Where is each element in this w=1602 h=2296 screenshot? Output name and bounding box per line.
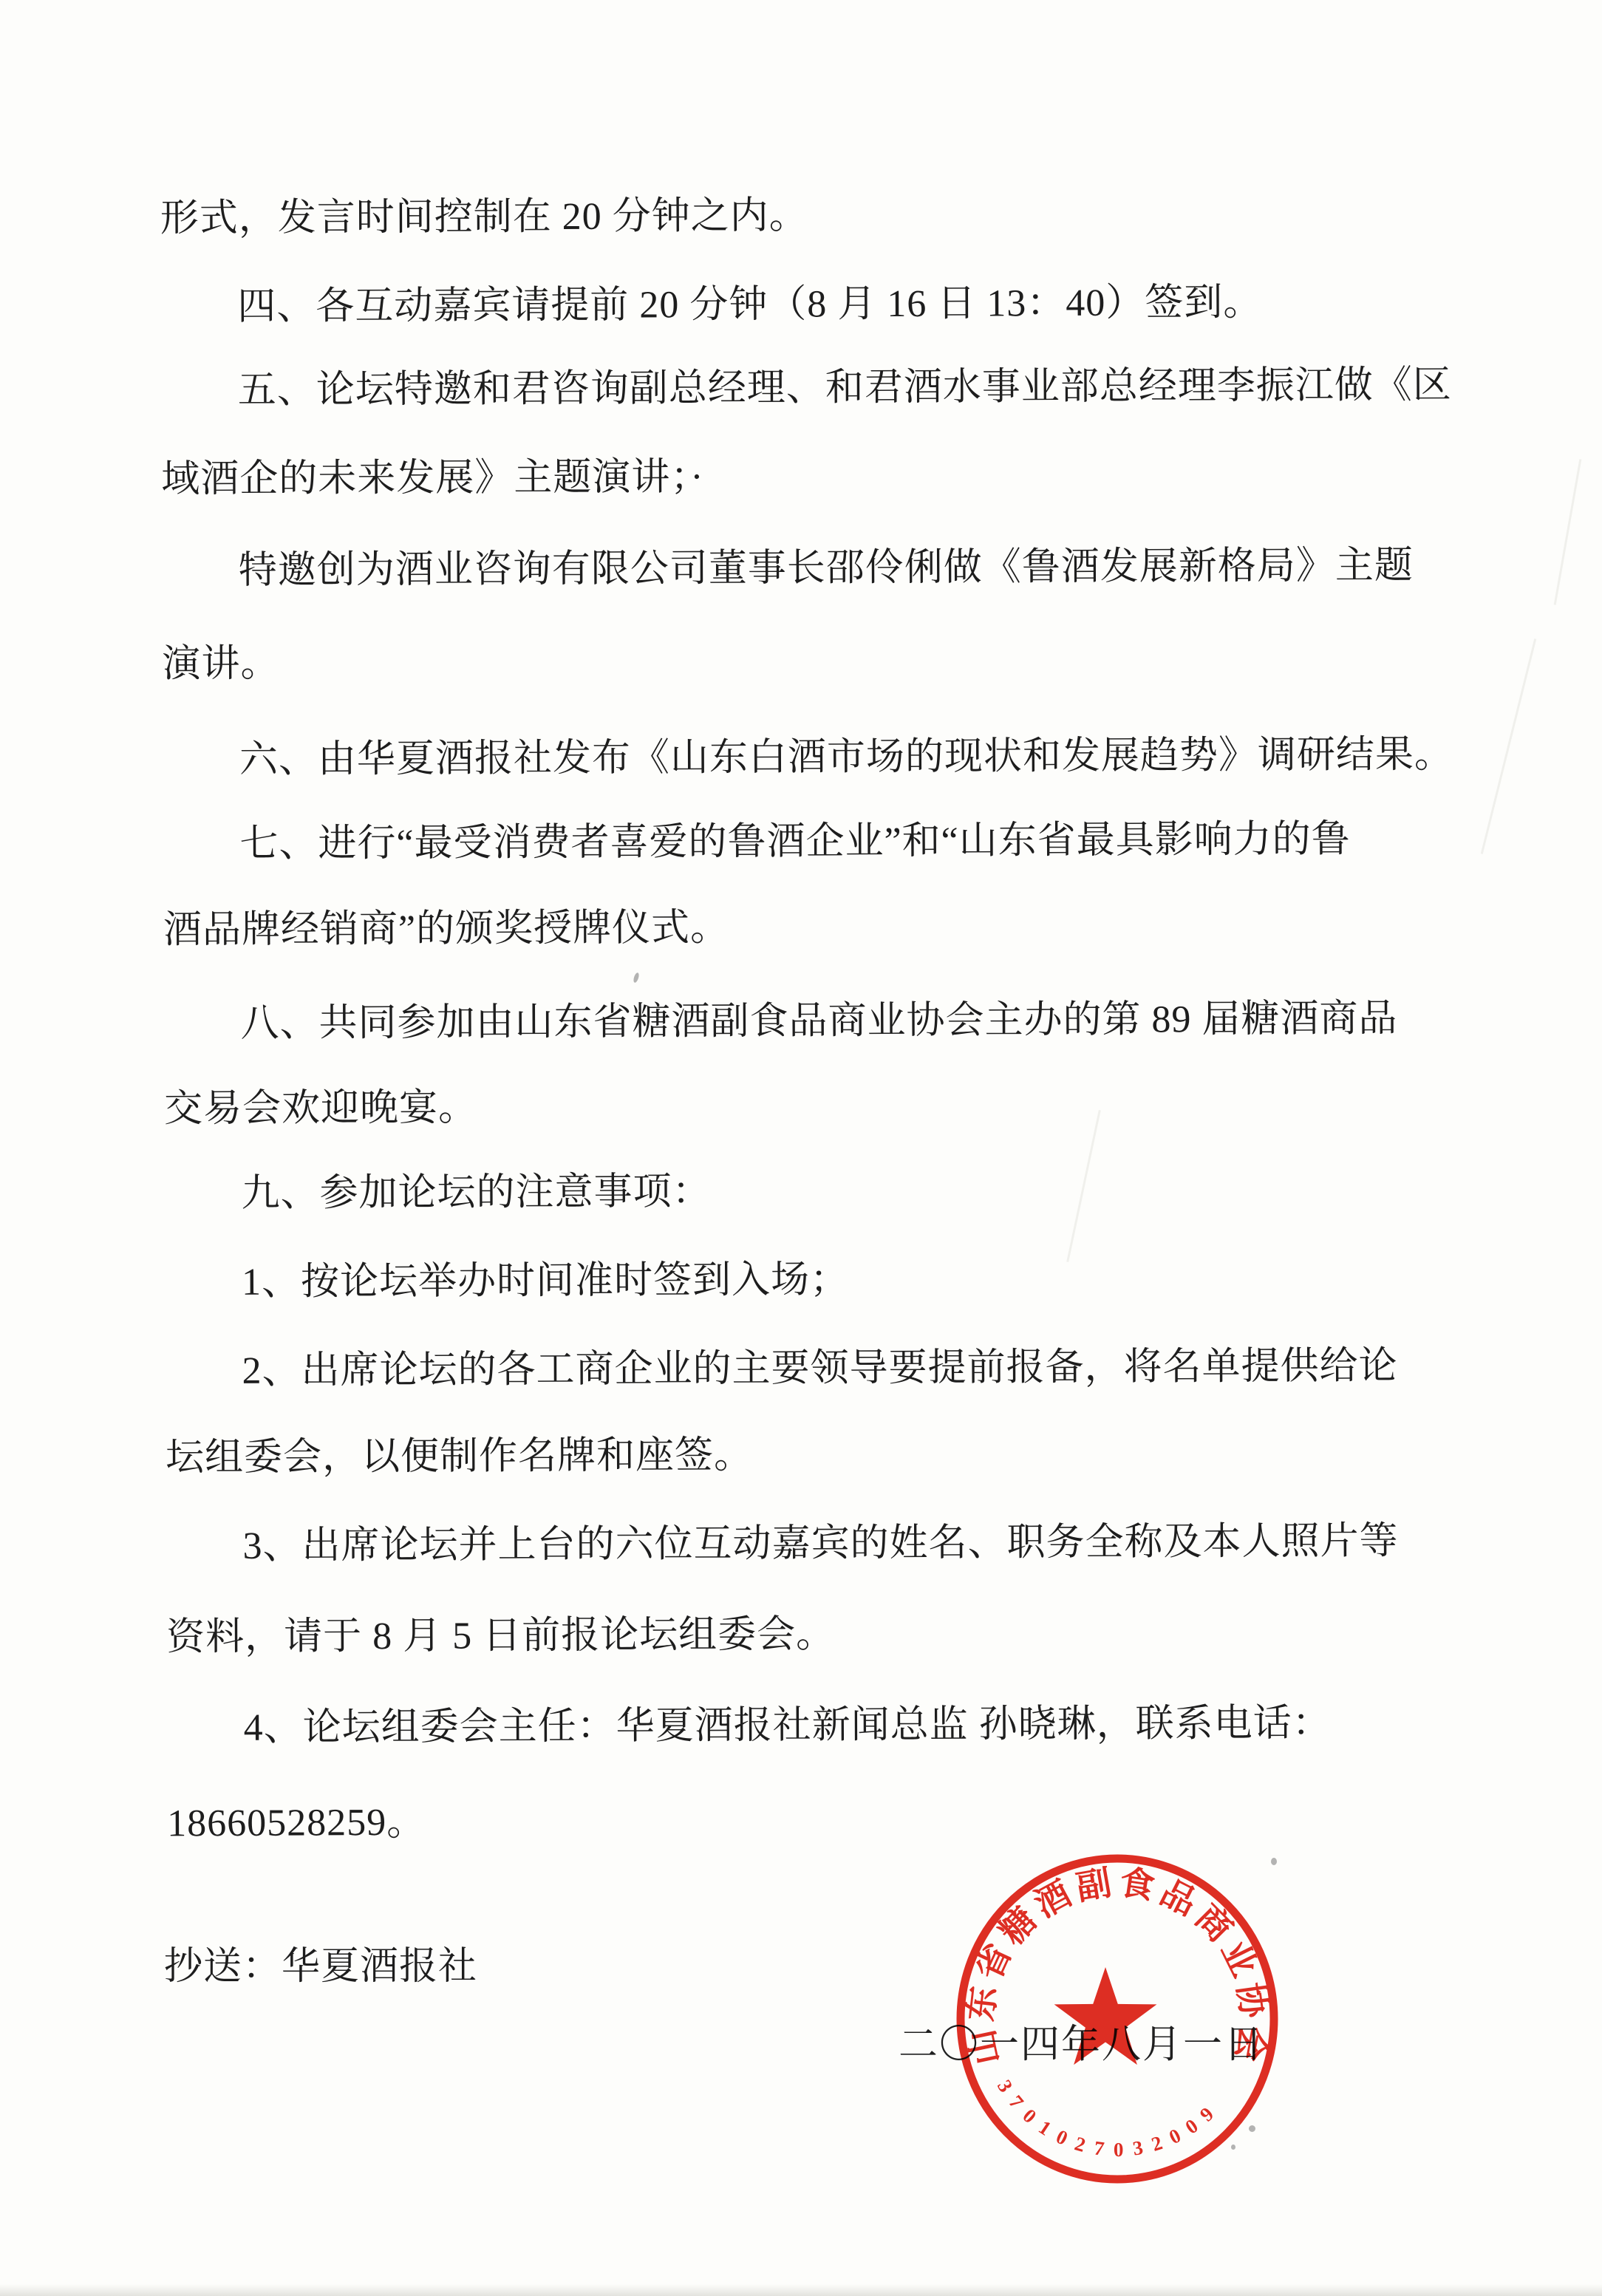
cc-line: 抄送：华夏酒报社 xyxy=(164,1935,477,1990)
body-line: 五、论坛特邀和君咨询副总经理、和君酒水事业部总经理李振江做《区 xyxy=(161,363,1452,415)
body-line: 1、按论坛举办时间准时签到入场； xyxy=(165,1257,849,1306)
body-line: 形式，发言时间控制在 20 分钟之内。 xyxy=(160,194,808,242)
body-line: 九、参加论坛的注意事项： xyxy=(164,1169,711,1217)
body-line: 七、进行“最受消费者喜爱的鲁酒企业”和“山东省最具影响力的鲁 xyxy=(163,817,1351,868)
date-line: 二〇一四年八月一日 xyxy=(899,2013,1264,2069)
body-line: 域酒企的未来发展》主题演讲；· xyxy=(161,454,704,503)
body-line: 酒品牌经销商”的颁奖授牌仪式。 xyxy=(163,905,729,953)
body-line: 资料，请于 8 月 5 日前报论坛组委会。 xyxy=(166,1612,835,1660)
scan-edge-smudge xyxy=(0,2284,1602,2296)
body-line: 四、各互动嘉宾请提前 20 分钟（8 月 16 日 13：40）签到。 xyxy=(160,280,1262,331)
body-line: 3、出席论坛并上台的六位互动嘉宾的姓名、职务全称及本人照片等 xyxy=(166,1519,1398,1570)
body-line: 六、由华夏酒报社发布《山东白酒市场的现状和发展趋势》调研结果。 xyxy=(163,732,1453,784)
body-line: 八、共同参加由山东省糖酒副食品商业协会主办的第 89 届糖酒商品 xyxy=(163,996,1397,1047)
body-line: 18660528259。 xyxy=(167,1800,426,1847)
document-page: 形式，发言时间控制在 20 分钟之内。四、各互动嘉宾请提前 20 分钟（8 月 … xyxy=(0,0,1602,2296)
body-line: 特邀创为酒业咨询有限公司董事长邵伶俐做《鲁酒发展新格局》主题 xyxy=(162,543,1414,594)
body-line: 交易会欢迎晚宴。 xyxy=(164,1085,477,1132)
body-line: 2、出席论坛的各工商企业的主要领导要提前报备，将名单提供给论 xyxy=(165,1343,1397,1394)
body-line: 坛组委会，以便制作名牌和座签。 xyxy=(166,1433,753,1481)
body-line: 4、论坛组委会主任：华夏酒报社新闻总监 孙晓琳，联系电话： xyxy=(167,1700,1332,1751)
body-line: 演讲。 xyxy=(162,641,279,688)
